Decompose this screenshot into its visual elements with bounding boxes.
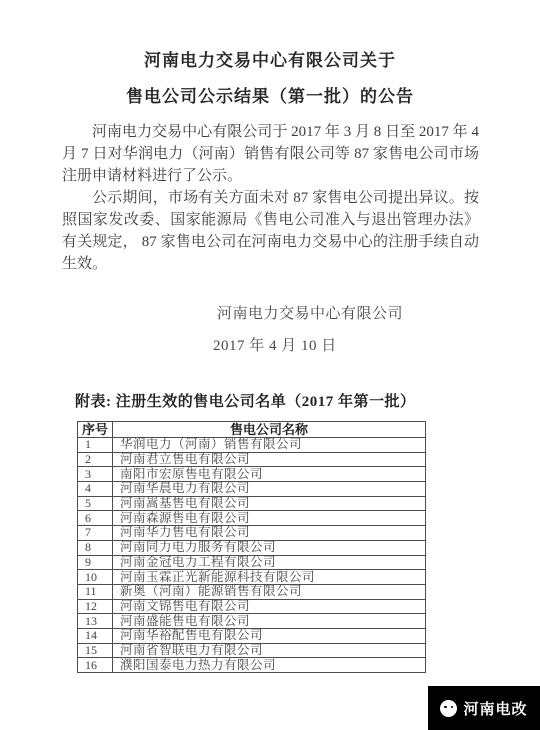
row-company-name: 河南君立售电有限公司 — [113, 452, 426, 467]
table-row: 4河南华晨电力有限公司 — [78, 482, 426, 497]
row-company-name: 濮阳国泰电力热力有限公司 — [113, 658, 426, 673]
row-seq-number: 7 — [78, 526, 113, 541]
table-row: 11新奥（河南）能源销售有限公司 — [78, 584, 426, 599]
row-company-name: 河南盛能售电有限公司 — [113, 614, 426, 629]
table-row: 2河南君立售电有限公司 — [78, 452, 426, 467]
table-row: 12河南文锦售电有限公司 — [78, 599, 426, 614]
table-row: 5河南嵩基售电有限公司 — [78, 496, 426, 511]
table-row: 13河南盛能售电有限公司 — [78, 614, 426, 629]
row-seq-number: 14 — [78, 628, 113, 643]
row-seq-number: 3 — [78, 467, 113, 482]
row-company-name: 河南华裕配售电有限公司 — [113, 628, 426, 643]
table-header-row: 序号 售电公司名称 — [78, 422, 426, 438]
paragraph-1: 河南电力交易中心有限公司于 2017 年 3 月 8 日至 2017 年 4 月… — [62, 121, 479, 187]
table-row: 8河南同力电力服务有限公司 — [78, 540, 426, 555]
row-seq-number: 11 — [78, 584, 113, 599]
attachment-heading: 附表: 注册生效的售电公司名单（2017 年第一批） — [75, 390, 416, 411]
row-company-name: 河南森源售电有限公司 — [113, 511, 426, 526]
document-title-line1: 河南电力交易中心有限公司关于 — [0, 46, 540, 71]
row-seq-number: 2 — [78, 452, 113, 467]
row-seq-number: 16 — [78, 658, 113, 673]
row-seq-number: 5 — [78, 496, 113, 511]
row-seq-number: 9 — [78, 555, 113, 570]
table-row: 1华润电力（河南）销售有限公司 — [78, 438, 426, 453]
table-row: 7河南华力售电有限公司 — [78, 526, 426, 541]
account-watermark-badge: 河南电改 — [428, 686, 540, 730]
row-company-name: 河南金冠电力工程有限公司 — [113, 555, 426, 570]
company-table: 序号 售电公司名称 1华润电力（河南）销售有限公司2河南君立售电有限公司3南阳市… — [77, 421, 426, 673]
table-row: 3南阳市宏原售电有限公司 — [78, 467, 426, 482]
account-watermark-label: 河南电改 — [463, 698, 527, 719]
announcement-document: 河南电力交易中心有限公司关于 售电公司公示结果（第一批）的公告 河南电力交易中心… — [0, 0, 540, 730]
signature-date: 2017 年 4 月 10 日 — [213, 334, 337, 355]
row-seq-number: 8 — [78, 540, 113, 555]
row-seq-number: 6 — [78, 511, 113, 526]
signature-organization: 河南电力交易中心有限公司 — [217, 302, 403, 323]
table-row: 16濮阳国泰电力热力有限公司 — [78, 658, 426, 673]
row-company-name: 河南文锦售电有限公司 — [113, 599, 426, 614]
header-company-name: 售电公司名称 — [113, 422, 426, 438]
row-company-name: 河南华力售电有限公司 — [113, 526, 426, 541]
row-company-name: 河南华晨电力有限公司 — [113, 482, 426, 497]
row-company-name: 新奥（河南）能源销售有限公司 — [113, 584, 426, 599]
table-row: 15河南省智联电力有限公司 — [78, 643, 426, 658]
table-row: 14河南华裕配售电有限公司 — [78, 628, 426, 643]
row-seq-number: 1 — [78, 438, 113, 453]
row-seq-number: 13 — [78, 614, 113, 629]
document-title-line2: 售电公司公示结果（第一批）的公告 — [0, 82, 540, 107]
row-seq-number: 4 — [78, 482, 113, 497]
header-seq-number: 序号 — [78, 422, 113, 438]
row-company-name: 河南玉霖正光新能源科技有限公司 — [113, 570, 426, 585]
row-company-name: 南阳市宏原售电有限公司 — [113, 467, 426, 482]
row-company-name: 河南同力电力服务有限公司 — [113, 540, 426, 555]
document-body: 河南电力交易中心有限公司于 2017 年 3 月 8 日至 2017 年 4 月… — [62, 121, 479, 275]
table-row: 10河南玉霖正光新能源科技有限公司 — [78, 570, 426, 585]
row-company-name: 河南省智联电力有限公司 — [113, 643, 426, 658]
row-seq-number: 10 — [78, 570, 113, 585]
table-row: 6河南森源售电有限公司 — [78, 511, 426, 526]
row-seq-number: 15 — [78, 643, 113, 658]
table-row: 9河南金冠电力工程有限公司 — [78, 555, 426, 570]
account-logo-icon — [440, 700, 457, 717]
paragraph-2: 公示期间，市场有关方面未对 87 家售电公司提出异议。按照国家发改委、国家能源局… — [62, 187, 479, 275]
row-seq-number: 12 — [78, 599, 113, 614]
company-table-body: 1华润电力（河南）销售有限公司2河南君立售电有限公司3南阳市宏原售电有限公司4河… — [78, 438, 426, 673]
row-company-name: 华润电力（河南）销售有限公司 — [113, 438, 426, 453]
row-company-name: 河南嵩基售电有限公司 — [113, 496, 426, 511]
